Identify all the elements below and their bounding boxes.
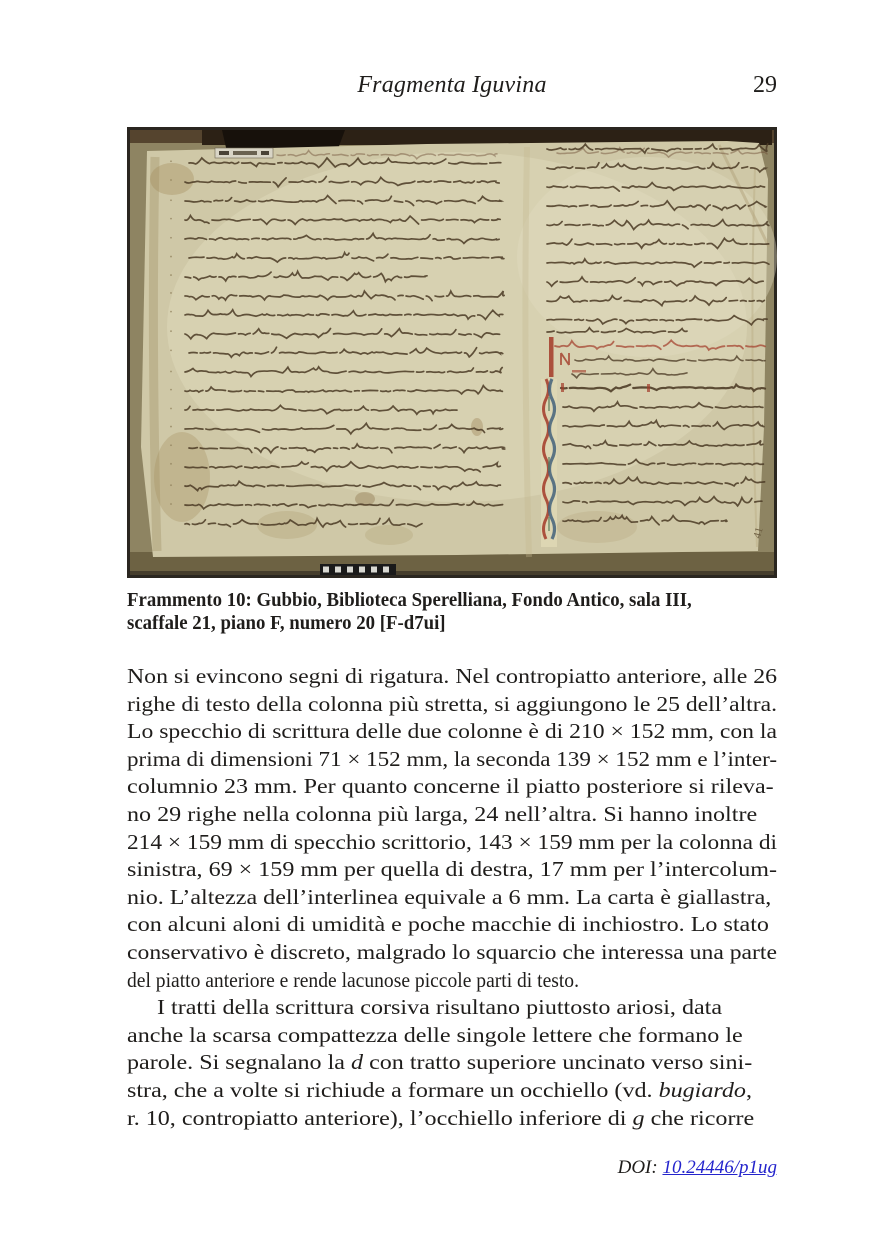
body-line: sinistra, 69 × 159 mm per quella di dest… [127,856,777,884]
body-line: parole. Si segnalano la d con tratto sup… [127,1049,777,1077]
running-head: Fragmenta Iguvina 29 [127,72,777,102]
body-line: no 29 righe nella colonna più larga, 24 … [127,801,777,829]
body-line: righe di testo della colonna più stretta… [127,691,777,719]
doi-link[interactable]: 10.24446/p1ug [662,1157,777,1178]
body-line: del piatto anteriore e rende lacunose pi… [127,967,777,995]
body-line: Lo specchio di scrittura delle due colon… [127,718,777,746]
body-line: r. 10, contropiatto anteriore), l’occhie… [127,1105,777,1133]
caption-line-2: scaffale 21, piano F, numero 20 [F-d7ui] [127,612,777,635]
body-line: con alcuni aloni di umidità e poche macc… [127,911,777,939]
body-line: stra, che a volte si richiude a formare … [127,1077,777,1105]
manuscript-photo: 41 [127,127,777,578]
doi-line: DOI: 10.24446/p1ug [127,1157,777,1179]
page-title: Fragmenta Iguvina [127,72,777,99]
caption-line-1: Frammento 10: Gubbio, Biblioteca Sperell… [127,589,777,612]
body-line: 214 × 159 mm di specchio scrittorio, 143… [127,829,777,857]
page-number: 29 [753,72,777,99]
body-line: prima di dimensioni 71 × 152 mm, la seco… [127,746,777,774]
document-page: Fragmenta Iguvina 29 41 Frammento 10: Gu… [0,0,874,1240]
body-line: anche la scarsa compattezza delle singol… [127,1022,777,1050]
body-line: conservativo è discreto, malgrado lo squ… [127,939,777,967]
body-line: Non si evincono segni di rigatura. Nel c… [127,663,777,691]
figure-caption: Frammento 10: Gubbio, Biblioteca Sperell… [127,589,777,635]
body-line: columnio 23 mm. Per quanto concerne il p… [127,773,777,801]
doi-label: DOI: [618,1157,663,1178]
body-text: Non si evincono segni di rigatura. Nel c… [127,663,777,1132]
body-line: I tratti della scrittura corsiva risulta… [127,994,777,1022]
body-line: nio. L’altezza dell’interlinea equivale … [127,884,777,912]
figure-photo-wrap: 41 [127,127,777,578]
